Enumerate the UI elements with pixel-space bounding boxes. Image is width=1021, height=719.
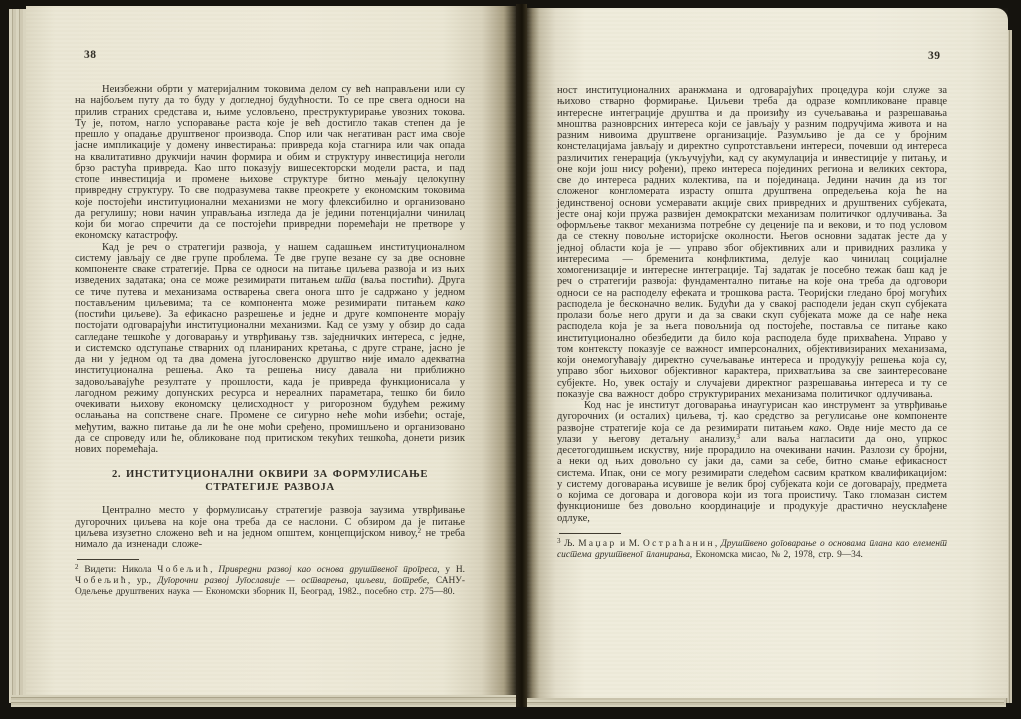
- footnote-rule: [77, 559, 139, 560]
- page-left: 38 Неизбежни обрти у материјалним токови…: [26, 6, 516, 695]
- book-page-edges-left: [9, 9, 26, 703]
- text-column-right: ност институционалних аранжмана и одгова…: [557, 85, 947, 560]
- page-number: 39: [928, 50, 941, 62]
- paragraph: Код нас је институт договарања инаугурис…: [557, 400, 947, 524]
- footnote-text: 2 Видети: Никола Чобељић, Привредни разв…: [75, 565, 465, 597]
- text-column-left: Неизбежни обрти у материјалним токовима …: [75, 84, 465, 598]
- page-number: 38: [84, 49, 97, 61]
- footnote-rule: [559, 533, 621, 534]
- book-gutter: [516, 4, 527, 707]
- book-scan: 38 Неизбежни обрти у материјалним токови…: [0, 0, 1021, 719]
- paragraph: ност институционалних аранжмана и одгова…: [557, 85, 947, 400]
- footnote-text: 3 Љ. Маџар и М. Остраћанин, Друштвено до…: [557, 539, 947, 561]
- paragraph: Кад је реч о стратегији развоја, у нашем…: [75, 242, 465, 456]
- paragraph: Централно место у формулисању стратегије…: [75, 505, 465, 550]
- page-right: 39 ност институционалних аранжмана и одг…: [527, 8, 1008, 698]
- paragraph: Неизбежни обрти у материјалним токовима …: [75, 84, 465, 242]
- section-heading: 2. ИНСТИТУЦИОНАЛНИ ОКВИРИ ЗА ФОРМУЛИСАЊЕ…: [81, 468, 459, 494]
